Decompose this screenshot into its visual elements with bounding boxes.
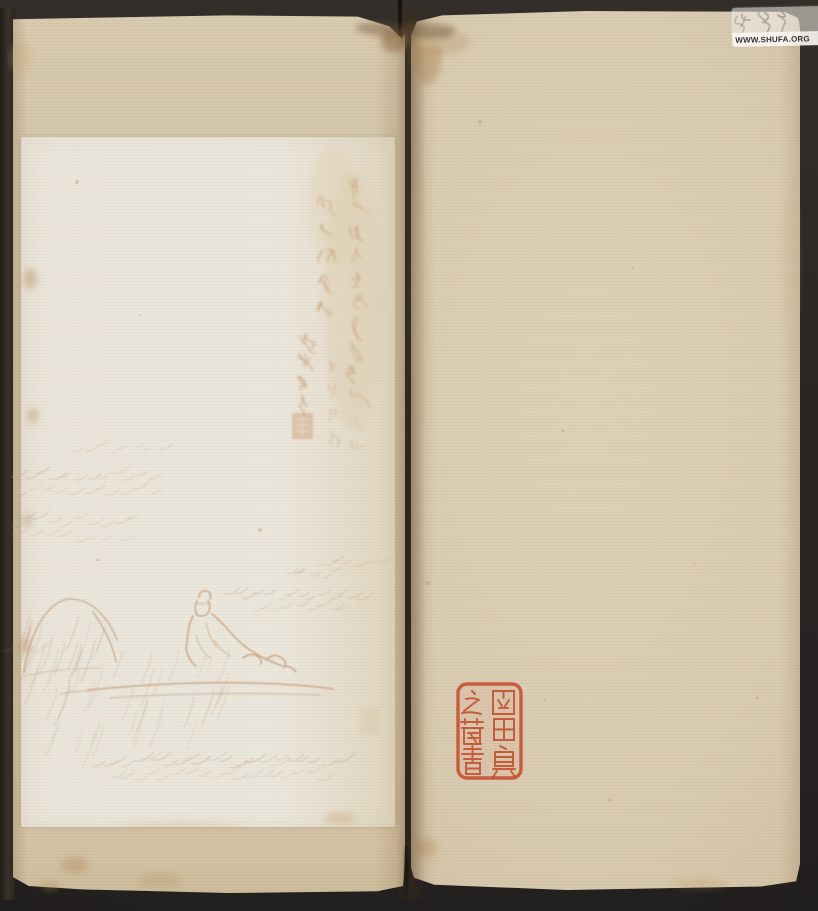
binding-edge <box>0 8 15 900</box>
watermark-logo-box <box>732 6 818 34</box>
watermark-url: WWW.SHUFA.ORG <box>735 34 810 45</box>
watermark-url-bar: WWW.SHUFA.ORG <box>732 31 818 47</box>
book-scan-photo: WWW.SHUFA.ORG <box>0 0 818 911</box>
site-watermark: WWW.SHUFA.ORG <box>732 6 818 48</box>
left-page <box>13 14 405 893</box>
spine-gap-bottom <box>403 846 410 896</box>
spine-gap-top <box>398 0 402 36</box>
right-page <box>411 11 800 890</box>
artwork-sheet <box>21 137 395 827</box>
